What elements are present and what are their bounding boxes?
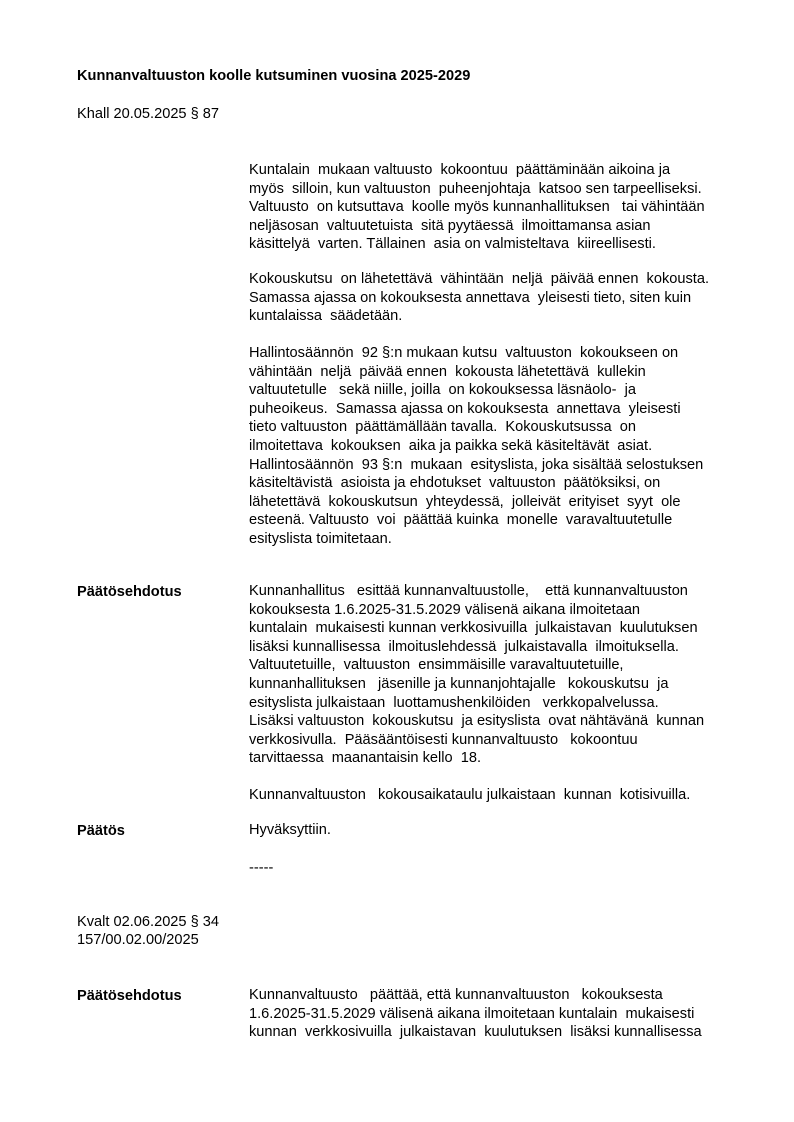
decision-1-label: Päätös: [77, 823, 125, 839]
text-line: Samassa ajassa on kokouksesta annettava …: [249, 289, 709, 308]
text-line: myös silloin, kun valtuuston puheenjohta…: [249, 180, 705, 199]
text-line: esteenä. Valtuusto voi päättää kuinka mo…: [249, 511, 703, 530]
text-line: käsiteltävistä asioista ja ehdotukset va…: [249, 474, 703, 493]
case-number: 157/00.02.00/2025: [77, 931, 199, 950]
text-line: esityslista toimitetaan.: [249, 530, 703, 549]
proposal-1-paragraph-1: Kunnanhallitus esittää kunnanvaltuustoll…: [249, 582, 704, 768]
text-line: kunnanhallituksen jäsenille ja kunnanjoh…: [249, 675, 704, 694]
text-line: Kunnanvaltuusto päättää, että kunnanvalt…: [249, 986, 702, 1005]
separator: -----: [249, 859, 273, 878]
text-line: 1.6.2025-31.5.2029 välisenä aikana ilmoi…: [249, 1005, 702, 1024]
text-line: neljäsosan valtuutetuista sitä pyytäessä…: [249, 217, 705, 236]
text-line: lisäksi kunnallisessa ilmoituslehdessä j…: [249, 638, 704, 657]
intro-paragraph-2: Kokouskutsu on lähetettävä vähintään nel…: [249, 270, 709, 326]
text-line: Hallintosäännön 93 §:n mukaan esityslist…: [249, 456, 703, 475]
proposal-1-label: Päätösehdotus: [77, 584, 182, 600]
text-line: Kunnanvaltuuston kokousaikataulu julkais…: [249, 786, 690, 805]
text-line: Hallintosäännön 92 §:n mukaan kutsu valt…: [249, 344, 703, 363]
kvalt-reference: Kvalt 02.06.2025 § 34: [77, 913, 219, 932]
text-line: vähintään neljä päivää ennen kokousta lä…: [249, 363, 703, 382]
text-line: Lisäksi valtuuston kokouskutsu ja esitys…: [249, 712, 704, 731]
intro-paragraph-3: Hallintosäännön 92 §:n mukaan kutsu valt…: [249, 344, 703, 549]
text-line: kokouksesta 1.6.2025-31.5.2029 välisenä …: [249, 601, 704, 620]
proposal-2-label: Päätösehdotus: [77, 988, 182, 1004]
text-line: esityslista julkaistaan luottamushenkilö…: [249, 694, 704, 713]
text-line: tarvittaessa maanantaisin kello 18.: [249, 749, 704, 768]
intro-paragraph-1: Kuntalain mukaan valtuusto kokoontuu pää…: [249, 161, 705, 254]
text-line: lähetettävä kokouskutsun yhteydessä, jol…: [249, 493, 703, 512]
text-line: Valtuutetuille, valtuuston ensimmäisille…: [249, 656, 704, 675]
khall-reference: Khall 20.05.2025 § 87: [77, 105, 219, 124]
text-line: kunnan verkkosivuilla julkaistavan kuulu…: [249, 1023, 702, 1042]
text-line: puheoikeus. Samassa ajassa on kokouksest…: [249, 400, 703, 419]
text-line: valtuutetulle sekä niille, joilla on kok…: [249, 381, 703, 400]
text-line: ilmoitettava kokouksen aika ja paikka se…: [249, 437, 703, 456]
proposal-1-paragraph-2: Kunnanvaltuuston kokousaikataulu julkais…: [249, 786, 690, 805]
text-line: Valtuusto on kutsuttava koolle myös kunn…: [249, 198, 705, 217]
text-line: Kunnanhallitus esittää kunnanvaltuustoll…: [249, 582, 704, 601]
text-line: käsittelyä varten. Tällainen asia on val…: [249, 235, 705, 254]
text-line: kuntalaissa säädetään.: [249, 307, 709, 326]
document-title: Kunnanvaltuuston koolle kutsuminen vuosi…: [77, 68, 470, 84]
text-line: Kokouskutsu on lähetettävä vähintään nel…: [249, 270, 709, 289]
text-line: Kuntalain mukaan valtuusto kokoontuu pää…: [249, 161, 705, 180]
text-line: kuntalain mukaisesti kunnan verkkosivuil…: [249, 619, 704, 638]
decision-1-text: Hyväksyttiin.: [249, 821, 331, 840]
text-line: verkkosivulla. Pääsääntöisesti kunnanval…: [249, 731, 704, 750]
text-line: tieto valtuuston päättämällään tavalla. …: [249, 418, 703, 437]
proposal-2-paragraph: Kunnanvaltuusto päättää, että kunnanvalt…: [249, 986, 702, 1042]
